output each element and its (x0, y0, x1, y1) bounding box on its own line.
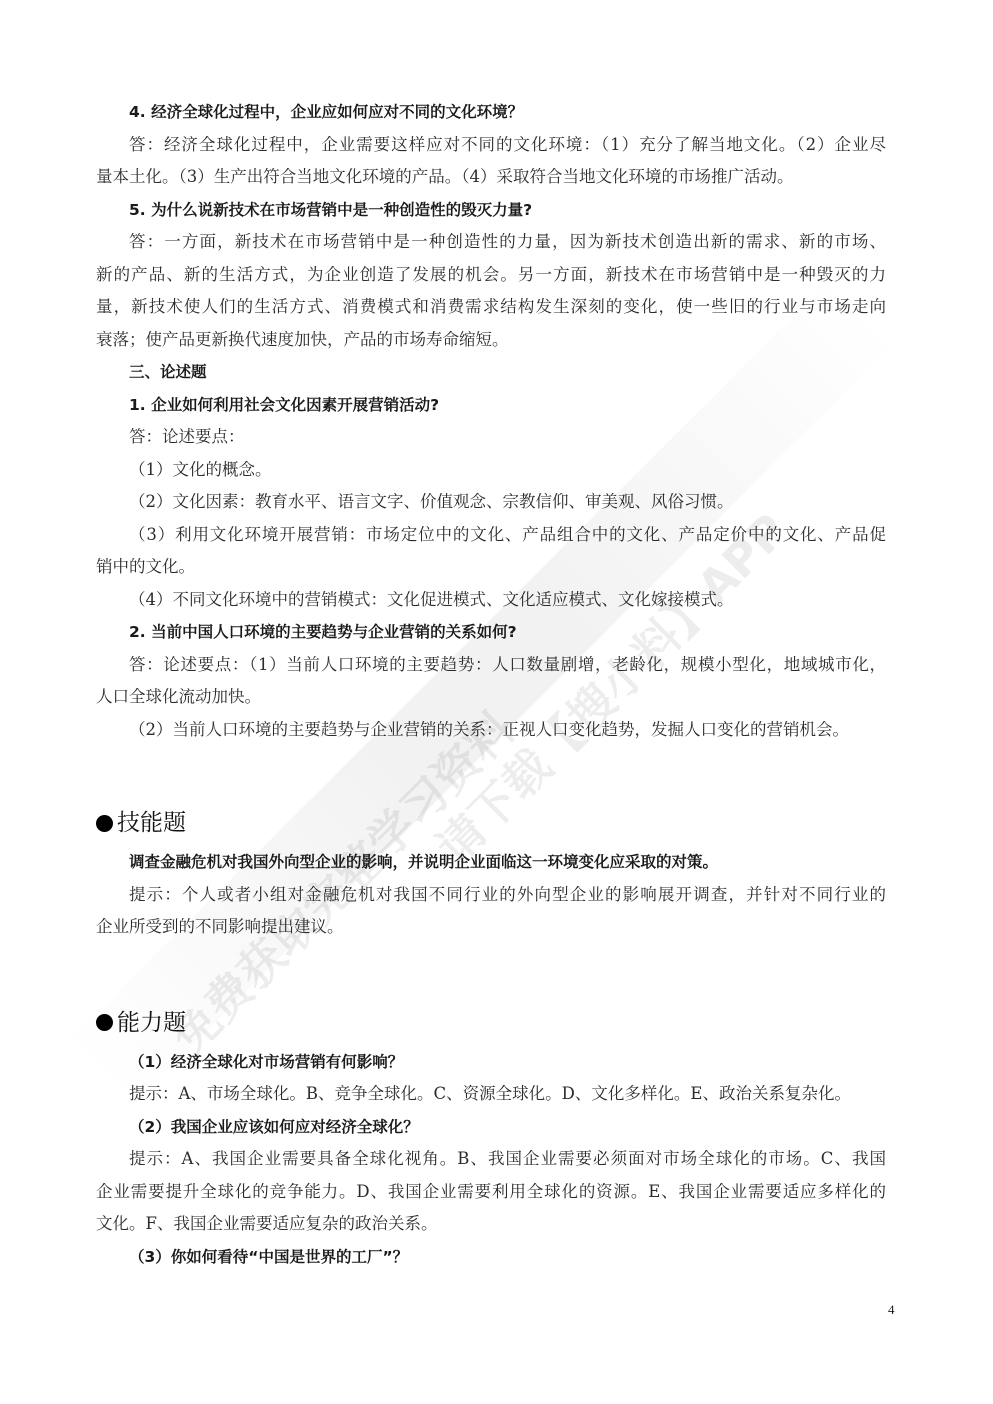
bullet-icon (96, 1014, 113, 1031)
page-number: 4 (888, 1302, 895, 1318)
answer-point: （4）不同文化环境中的营销模式：文化促进模式、文化适应模式、文化嫁接模式。 (96, 584, 886, 617)
question-heading: 4. 经济全球化过程中，企业应如何应对不同的文化环境？ (96, 96, 886, 129)
question-heading: （3）你如何看待“中国是世界的工厂”？ (96, 1241, 886, 1274)
answer-point: （1）文化的概念。 (96, 454, 886, 487)
answer-line: 答：经济全球化过程中，企业需要这样应对不同的文化环境：（1）充分了解当地文化。（… (96, 129, 886, 162)
section-heading-label: 技能题 (117, 806, 186, 840)
section-heading-ability: 能力题 (96, 1006, 886, 1040)
answer-line: 新的产品、新的生活方式，为企业创造了发展的机会。另一方面，新技术在市场营销中是一… (96, 259, 886, 292)
answer-point: （3）利用文化环境开展营销：市场定位中的文化、产品组合中的文化、产品定价中的文化… (96, 519, 886, 552)
answer-line: 答：论述要点： (96, 421, 886, 454)
answer-line: 量，新技术使人们的生活方式、消费模式和消费需求结构发生深刻的变化，使一些旧的行业… (96, 291, 886, 324)
hint-line: 提示：A、市场全球化。B、竞争全球化。C、资源全球化。D、文化多样化。E、政治关… (96, 1078, 886, 1111)
section-heading-skills: 技能题 (96, 806, 886, 840)
task-heading: 调查金融危机对我国外向型企业的影响，并说明企业面临这一环境变化应采取的对策。 (96, 846, 886, 879)
answer-line: 衰落；使产品更新换代速度加快，产品的市场寿命缩短。 (96, 324, 886, 357)
question-heading: 2. 当前中国人口环境的主要趋势与企业营销的关系如何? (96, 616, 886, 649)
section-subheading: 三、论述题 (96, 356, 886, 389)
section-heading-label: 能力题 (117, 1006, 186, 1040)
hint-line: 文化。F、我国企业需要适应复杂的政治关系。 (96, 1208, 886, 1241)
hint-line: 提示：A、我国企业需要具备全球化视角。B、我国企业需要必须面对市场全球化的市场。… (96, 1143, 886, 1176)
answer-line: 人口全球化流动加快。 (96, 681, 886, 714)
answer-line: 量本土化。（3）生产出符合当地文化环境的产品。（4）采取符合当地文化环境的市场推… (96, 161, 886, 194)
bullet-icon (96, 815, 113, 832)
question-heading: 1. 企业如何利用社会文化因素开展营销活动? (96, 389, 886, 422)
question-heading: （1）经济全球化对市场营销有何影响？ (96, 1046, 886, 1079)
hint-line: 企业需要提升全球化的竞争能力。D、我国企业需要利用全球化的资源。E、我国企业需要… (96, 1176, 886, 1209)
document-page: 4. 经济全球化过程中，企业应如何应对不同的文化环境？ 答：经济全球化过程中，企… (96, 96, 886, 1273)
hint-line: 提示：个人或者小组对金融危机对我国不同行业的外向型企业的影响展开调查，并针对不同… (96, 879, 886, 912)
answer-point: （2）文化因素：教育水平、语言文字、价值观念、宗教信仰、审美观、风俗习惯。 (96, 486, 886, 519)
question-heading: 5. 为什么说新技术在市场营销中是一种创造性的毁灭力量? (96, 194, 886, 227)
answer-line: 答：一方面，新技术在市场营销中是一种创造性的力量，因为新技术创造出新的需求、新的… (96, 226, 886, 259)
hint-line: 企业所受到的不同影响提出建议。 (96, 911, 886, 944)
answer-line: （2）当前人口环境的主要趋势与企业营销的关系：正视人口变化趋势，发掘人口变化的营… (96, 714, 886, 747)
answer-point: 销中的文化。 (96, 551, 886, 584)
answer-line: 答：论述要点：（1）当前人口环境的主要趋势：人口数量剧增，老龄化，规模小型化，地… (96, 649, 886, 682)
question-heading: （2）我国企业应该如何应对经济全球化？ (96, 1111, 886, 1144)
